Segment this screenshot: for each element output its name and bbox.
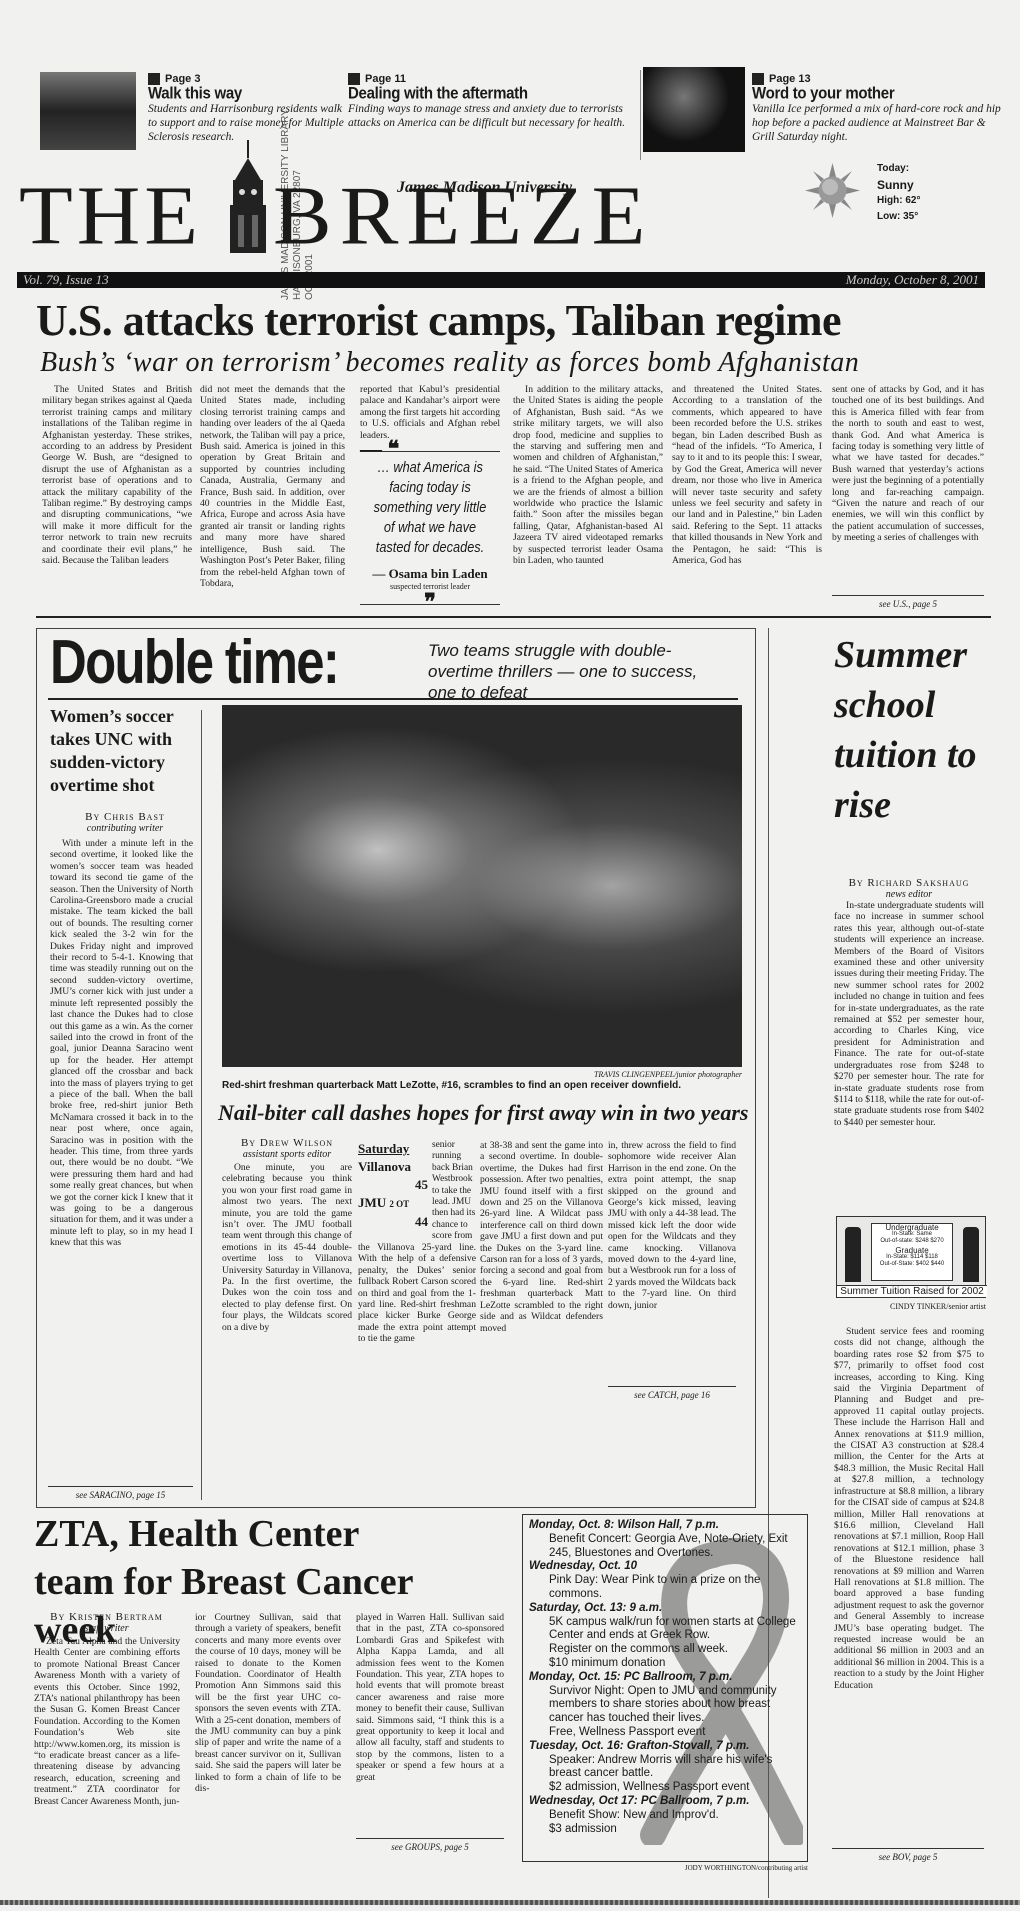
quote-text: … what America is facing today is someth…: [371, 458, 490, 558]
football-col-3: at 38-38 and sent the game into a second…: [480, 1140, 603, 1334]
event-date: Monday, Oct. 15: PC Ballroom, 7 p.m.: [529, 1671, 801, 1685]
jump-text: see GROUPS, page 5: [391, 1842, 468, 1852]
undergrad-in: In-State: Same: [872, 1231, 952, 1238]
weather-low: 35°: [903, 211, 918, 222]
see-us-jump[interactable]: see U.S., page 5: [832, 595, 984, 609]
score-ot: 2 OT: [389, 1199, 409, 1209]
pull-quote: — ❝ … what America is facing today is so…: [360, 440, 500, 605]
lead-headline[interactable]: U.S. attacks terrorist camps, Taliban re…: [36, 296, 1006, 346]
football-col-2a: senior running back Brian Westbrook to t…: [432, 1140, 476, 1243]
masthead: James Madison University THE BREEZE Toda…: [15, 175, 1005, 270]
teaser-divider: [640, 70, 641, 160]
tuition-graphic[interactable]: Undergraduate In-State: Same Out-of-stat…: [836, 1216, 986, 1298]
soccer-divider: [201, 710, 202, 1500]
tuition-body-2: Student service fees and rooming costs d…: [834, 1326, 984, 1691]
jump-text: see U.S., page 5: [879, 599, 937, 609]
masthead-title-left: THE: [19, 170, 202, 265]
event-date: Wednesday, Oct 17: PC Ballroom, 7 p.m.: [529, 1795, 801, 1809]
event-line: Benefit Concert: Georgia Ave, Note-Oriet…: [529, 1533, 801, 1561]
score-day: Saturday: [358, 1140, 428, 1158]
event-line: $2 admission, Wellness Passport event: [529, 1781, 801, 1795]
see-saracino-jump[interactable]: see SARACINO, page 15: [48, 1486, 193, 1500]
quote-close-icon: ❞: [360, 593, 500, 605]
masthead-title-right: BREEZE: [273, 170, 653, 265]
event-line: Register on the commons all week.: [529, 1643, 801, 1657]
football-col-1: One minute, you are celebrating because …: [222, 1162, 352, 1333]
event-date: Wednesday, Oct. 10: [529, 1560, 801, 1574]
tuition-table: Undergraduate In-State: Same Out-of-stat…: [871, 1223, 953, 1281]
event-line: $10 minimum donation: [529, 1657, 801, 1671]
tuition-headline[interactable]: Summer school tuition to rise: [834, 630, 1004, 830]
event-line: Pink Day: Wear Pink to win a prize on th…: [529, 1574, 801, 1602]
teaser-desc: Vanilla Ice performed a mix of hard-core…: [752, 102, 1002, 144]
issue-bar: Vol. 79, Issue 13 Monday, October 8, 200…: [17, 272, 985, 288]
see-catch-jump[interactable]: see CATCH, page 16: [608, 1386, 736, 1400]
event-date: Monday, Oct. 8: Wilson Hall, 7 p.m.: [529, 1519, 801, 1533]
zta-col-1: Zeta Tau Alpha and the University Health…: [34, 1636, 180, 1807]
event-line: Free, Wellness Passport event: [529, 1726, 801, 1740]
art-credit: JODY WORTHINGTON/contributing artist: [522, 1864, 808, 1872]
double-time-subhead: Two teams struggle with double-overtime …: [428, 640, 728, 703]
see-bov-jump[interactable]: see BOV, page 5: [832, 1848, 984, 1862]
clocktower-icon: [225, 140, 271, 255]
kicker-rule: [48, 698, 738, 700]
jump-text: see CATCH, page 16: [634, 1390, 710, 1400]
teaser-word[interactable]: Page 13 Word to your mother Vanilla Ice …: [752, 73, 1002, 144]
event-line: Survivor Night: Open to JMU and communit…: [529, 1685, 801, 1726]
teaser-desc: Finding ways to manage stress and anxiet…: [348, 102, 633, 130]
photo-caption: Red-shirt freshman quarterback Matt LeZo…: [222, 1080, 742, 1091]
score-2: 44: [358, 1213, 428, 1231]
lead-col-4: In addition to the military attacks, the…: [513, 384, 663, 567]
jump-text: see SARACINO, page 15: [76, 1490, 165, 1500]
event-line: $3 admission: [529, 1823, 801, 1837]
byline-role: staff writer: [34, 1623, 179, 1634]
schedule-list: Monday, Oct. 8: Wilson Hall, 7 p.m.Benef…: [529, 1519, 801, 1836]
weather-label: Today:: [877, 161, 920, 177]
see-groups-jump[interactable]: see GROUPS, page 5: [356, 1838, 504, 1852]
lead-subhead: Bush’s ‘war on terrorism’ becomes realit…: [40, 346, 1010, 380]
lead-col-2: did not meet the demands that the United…: [200, 384, 345, 589]
football-col-4: in, threw across the field to find sopho…: [608, 1140, 736, 1311]
byline-role: contributing writer: [50, 823, 200, 834]
grad-in: In-State: $114 $118: [872, 1254, 952, 1261]
teaser-headline: Word to your mother: [752, 84, 1002, 103]
score-team2: JMU: [358, 1195, 386, 1210]
byline-name: By Kristen Bertram: [34, 1612, 179, 1623]
football-headline[interactable]: Nail-biter call dashes hopes for first a…: [218, 1098, 758, 1128]
byline-role: news editor: [834, 889, 984, 900]
zta-col-3: played in Warren Hall. Sullivan said tha…: [356, 1612, 504, 1783]
graphic-title: Summer Tuition Raised for 2002: [837, 1285, 987, 1297]
byline-name: By Richard Sakshaug: [834, 878, 984, 889]
lead-col-6: sent one of attacks by God, and it has t…: [832, 384, 984, 544]
event-3: Saturday, Oct. 13: 9 a.m.5K campus walk/…: [529, 1602, 801, 1671]
event-line: Speaker: Andrew Morris will share his wi…: [529, 1754, 801, 1782]
chair-icon: [963, 1227, 979, 1282]
score-team1: Villanova: [358, 1158, 428, 1176]
lead-col-1: The United States and British military b…: [42, 384, 192, 567]
football-col-2b: the Villanova 25-yard line. With the hel…: [358, 1242, 476, 1345]
scorebox: Saturday Villanova 45 JMU 2 OT 44: [358, 1140, 428, 1231]
event-line: 5K campus walk/run for women starts at C…: [529, 1616, 801, 1644]
football-photo[interactable]: [222, 705, 742, 1067]
byline-role: assistant sports editor: [222, 1149, 352, 1160]
byline-name: By Drew Wilson: [222, 1138, 352, 1149]
teaser-photo-walk[interactable]: [40, 72, 136, 150]
undergrad-out: Out-of-state: $248 $270: [872, 1238, 952, 1245]
double-time-kicker: Double time:: [50, 628, 338, 698]
quote-open-icon: — ❝: [360, 440, 500, 452]
weather-box: Today: Sunny High: 62° Low: 35°: [877, 161, 920, 225]
tuition-byline: By Richard Sakshaugnews editor: [834, 878, 984, 900]
event-date: Tuesday, Oct. 16: Grafton-Stovall, 7 p.m…: [529, 1740, 801, 1754]
soccer-byline: By Chris Bastcontributing writer: [50, 812, 200, 834]
lead-col-3: reported that Kabul’s presidential palac…: [360, 384, 500, 441]
soccer-headline[interactable]: Women’s soccer takes UNC with sudden-vic…: [50, 705, 200, 797]
section-rule: [36, 616, 991, 618]
weather-high-label: High:: [877, 195, 903, 206]
event-4: Monday, Oct. 15: PC Ballroom, 7 p.m.Surv…: [529, 1671, 801, 1740]
tuition-body-1: In-state undergraduate students will fac…: [834, 900, 984, 1128]
event-2: Wednesday, Oct. 10Pink Day: Wear Pink to…: [529, 1560, 801, 1601]
byline-name: By Chris Bast: [50, 812, 200, 823]
issue-date: Monday, October 8, 2001: [846, 272, 979, 288]
event-1: Monday, Oct. 8: Wilson Hall, 7 p.m.Benef…: [529, 1519, 801, 1560]
event-line: Benefit Show: New and Improv'd.: [529, 1809, 801, 1823]
volume-issue: Vol. 79, Issue 13: [23, 272, 109, 288]
undergrad-label: Undergraduate: [872, 1224, 952, 1231]
football-byline: By Drew Wilsonassistant sports editor: [222, 1138, 352, 1160]
teaser-photo-vanilla-ice[interactable]: [643, 67, 745, 152]
soccer-body: With under a minute left in the second o…: [50, 838, 193, 1249]
bottom-rule: [0, 1900, 1020, 1905]
graphic-credit: CINDY TINKER/senior artist: [836, 1302, 986, 1311]
zta-col-2: ior Courtney Sullivan, said that through…: [195, 1612, 341, 1795]
lead-col-5: and threatened the United States. Accord…: [672, 384, 822, 567]
photo-credit: TRAVIS CLINGENPEEL/junior photographer: [222, 1070, 742, 1079]
weather-low-label: Low:: [877, 211, 900, 222]
event-6: Wednesday, Oct 17: PC Ballroom, 7 p.m.Be…: [529, 1795, 801, 1836]
grad-out: Out-of-State: $402 $440: [872, 1261, 952, 1268]
grad-label: Graduate: [872, 1247, 952, 1254]
sun-icon: [805, 163, 860, 218]
event-date: Saturday, Oct. 13: 9 a.m.: [529, 1602, 801, 1616]
chair-icon: [845, 1227, 861, 1282]
jump-text: see BOV, page 5: [879, 1852, 938, 1862]
teaser-headline: Dealing with the aftermath: [348, 84, 633, 103]
quote-attribution: — Osama bin Laden: [360, 566, 500, 582]
event-5: Tuesday, Oct. 16: Grafton-Stovall, 7 p.m…: [529, 1740, 801, 1795]
teaser-aftermath[interactable]: Page 11 Dealing with the aftermath Findi…: [348, 73, 633, 130]
event-schedule-box: Monday, Oct. 8: Wilson Hall, 7 p.m.Benef…: [522, 1514, 808, 1862]
zta-byline: By Kristen Bertramstaff writer: [34, 1612, 179, 1634]
score-1: 45: [358, 1176, 428, 1194]
weather-condition: Sunny: [877, 177, 920, 193]
weather-high: 62°: [905, 195, 920, 206]
